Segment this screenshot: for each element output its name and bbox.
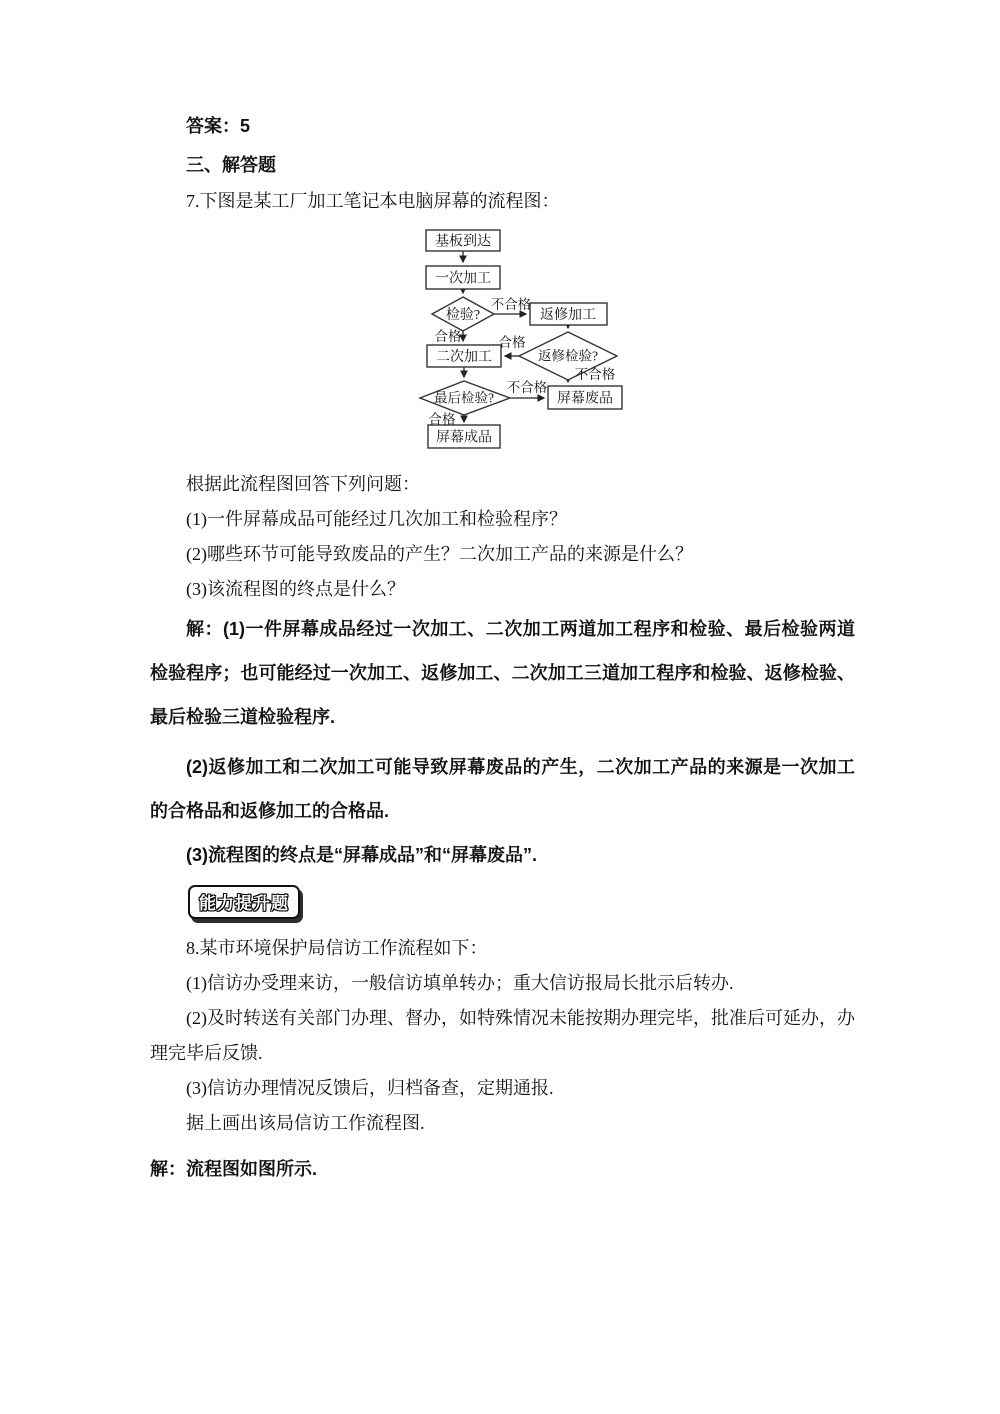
edge-label-pass-3: 合格 — [429, 411, 456, 427]
q8-solution-text: 流程图如图所示. — [186, 1159, 317, 1179]
q7-sub2: (2)哪些环节可能导致废品的产生？二次加工产品的来源是什么？ — [150, 537, 855, 572]
node-proc2-label: 二次加工 — [436, 349, 492, 365]
q7-flowchart: 基板到达 一次加工 检验? 返修加工 二次加工 返修检验? 最后检验? 屏幕废品… — [418, 227, 630, 455]
node-start-label: 基板到达 — [435, 233, 491, 250]
node-rework-label: 返修加工 — [540, 307, 596, 323]
q8-item3: (3)信访办理情况反馈后，归档备查，定期通报. — [150, 1071, 855, 1106]
q8-solution-line: 解：流程图如图所示. — [150, 1151, 855, 1187]
ability-badge: 能力提升题 — [188, 885, 300, 919]
q7-solution-text1: (1)一件屏幕成品经过一次加工、二次加工两道加工程序和检验、最后检验两道检验程序… — [150, 619, 855, 727]
node-waste-label: 屏幕废品 — [557, 390, 613, 407]
q7-sub1: (1)一件屏幕成品可能经过几次加工和检验程序？ — [150, 502, 855, 537]
q8-stem: 8.某市环境保护局信访工作流程如下： — [150, 931, 855, 966]
edge-label-fail-1: 不合格 — [491, 296, 532, 312]
node-proc1-label: 一次加工 — [435, 271, 491, 287]
q8-item4: 据上画出该局信访工作流程图. — [150, 1106, 855, 1141]
q7-solution-part3: (3)流程图的终点是“屏幕成品”和“屏幕废品”. — [150, 833, 855, 877]
answer-value: 5 — [240, 116, 250, 136]
section-title: 三、解答题 — [150, 147, 855, 183]
q7-stem: 7.下图是某工厂加工笔记本电脑屏幕的流程图： — [150, 183, 855, 219]
node-check1-label: 检验? — [446, 306, 480, 323]
q8-solution-label: 解： — [150, 1159, 186, 1179]
document-page: 答案：5 三、解答题 7.下图是某工厂加工笔记本电脑屏幕的流程图： — [0, 0, 1000, 1414]
q8-item2: (2)及时转送有关部门办理、督办，如特殊情况未能按期办理完毕，批准后可延办，办理… — [150, 1001, 855, 1071]
node-recheck-label: 返修检验? — [538, 348, 598, 364]
badge-row: 能力提升题 — [150, 877, 855, 931]
answer-line: 答案：5 — [150, 108, 855, 144]
q7-solution-label: 解： — [186, 619, 223, 639]
node-finalcheck-label: 最后检验? — [434, 390, 494, 406]
q7-sub3: (3)该流程图的终点是什么？ — [150, 572, 855, 607]
node-product-label: 屏幕成品 — [436, 429, 492, 446]
q8-item1: (1)信访办受理来访，一般信访填单转办；重大信访报局长批示后转办. — [150, 966, 855, 1001]
flowchart-svg: 基板到达 一次加工 检验? 返修加工 二次加工 返修检验? 最后检验? 屏幕废品… — [418, 227, 630, 455]
q7-prompt: 根据此流程图回答下列问题： — [150, 467, 855, 502]
edge-label-pass-1: 合格 — [435, 328, 462, 344]
q7-solution-part2: (2)返修加工和二次加工可能导致屏幕废品的产生，二次加工产品的来源是一次加工的合… — [150, 745, 855, 833]
edge-label-fail-3: 不合格 — [507, 379, 548, 395]
edge-label-pass-2: 合格 — [499, 334, 527, 350]
q7-solution-part1: 解：(1)一件屏幕成品经过一次加工、二次加工两道加工程序和检验、最后检验两道检验… — [150, 607, 855, 739]
edge-label-fail-2: 不合格 — [575, 366, 616, 382]
answer-label: 答案： — [186, 116, 240, 136]
